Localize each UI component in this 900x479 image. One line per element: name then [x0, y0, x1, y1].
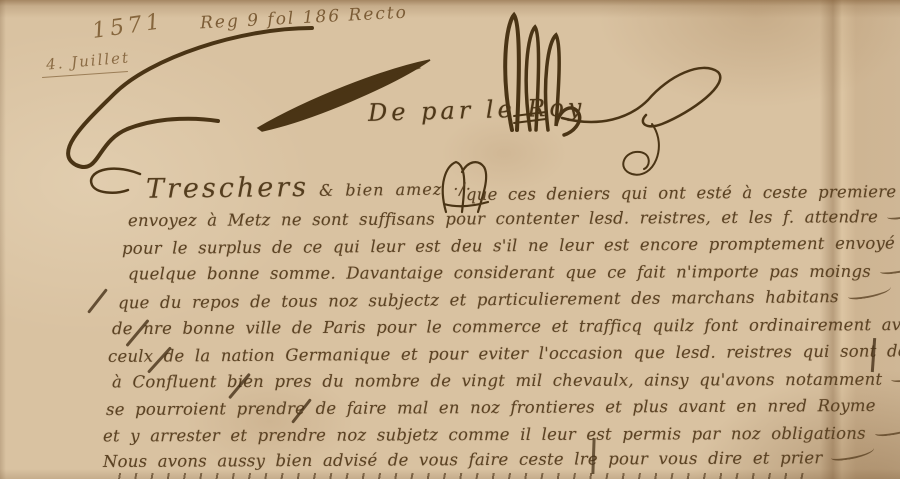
manuscript-line-10: et y arrester et prendre noz subjetz com…	[103, 424, 900, 446]
manuscript-line-3: pour le surplus de ce qui leur est deu s…	[122, 233, 900, 258]
clipped-bottom-line	[112, 473, 812, 479]
line-text: envoyez à Metz ne sont suffisans pour co…	[128, 207, 878, 230]
annotation-register-note: Reg 9 fol 186 Recto	[200, 3, 409, 34]
line-end-flourish	[879, 258, 900, 275]
line-text: se pourroient prendre de faire mal en no…	[106, 396, 876, 419]
line-text: pour le surplus de ce qui leur est deu s…	[122, 233, 895, 257]
heading-de-par-le-roy: De par le Roy	[368, 93, 586, 127]
line-text: de nre bonne ville de Paris pour le comm…	[112, 315, 900, 338]
manuscript-page: 1571 4. Juillet Reg 9 fol 186 Recto De p…	[0, 0, 900, 479]
line-text: que du repos de tous noz subjectz et par…	[118, 287, 839, 312]
heading-descender-curl	[623, 124, 659, 175]
manuscript-line-5: que du repos de tous noz subjectz et par…	[118, 287, 892, 313]
salutation-curl	[91, 169, 140, 193]
line-end-flourish	[874, 420, 900, 437]
annotation-year: 1571	[91, 9, 166, 44]
descender-stroke	[87, 288, 108, 313]
manuscript-line-1: que ces deniers qui ont esté à ceste pre…	[466, 181, 900, 204]
manuscript-line-6: de nre bonne ville de Paris pour le comm…	[112, 315, 900, 338]
salutation-suffix: & bien amez ·/·	[319, 179, 472, 200]
line-text: ceulx de la nation Germanique et pour ev…	[108, 341, 900, 366]
heading-right-flourish	[562, 68, 720, 126]
line-text: quelque bonne somme. Davantaige consider…	[128, 262, 871, 284]
manuscript-line-4: quelque bonne somme. Davantaige consider…	[128, 262, 900, 284]
line-text: et y arrester et prendre noz subjetz com…	[103, 424, 866, 446]
line-end-flourish	[886, 203, 900, 220]
line-text: que ces deniers qui ont esté à ceste pre…	[466, 181, 900, 204]
manuscript-line-2: envoyez à Metz ne sont suffisans pour co…	[128, 207, 900, 230]
line-end-flourish	[830, 444, 875, 461]
line-end-flourish	[847, 283, 892, 301]
manuscript-line-11: Nous avons aussy bien advisé de vous fai…	[103, 448, 876, 471]
line-end-flourish	[890, 366, 900, 383]
salutation-word: Treschers	[146, 172, 309, 205]
line-text: à Confluent bien pres du nombre de vingt…	[112, 370, 882, 392]
salutation-line: Treschers& bien amez ·/·	[146, 170, 472, 204]
line-text: Nous avons aussy bien advisé de vous fai…	[103, 448, 823, 471]
manuscript-line-8: à Confluent bien pres du nombre de vingt…	[112, 370, 900, 392]
annotation-date: 4. Juillet	[45, 48, 130, 73]
manuscript-line-7: ceulx de la nation Germanique et pour ev…	[108, 341, 900, 366]
manuscript-line-9: se pourroient prendre de faire mal en no…	[106, 396, 876, 419]
heading-left-swash	[68, 28, 312, 167]
